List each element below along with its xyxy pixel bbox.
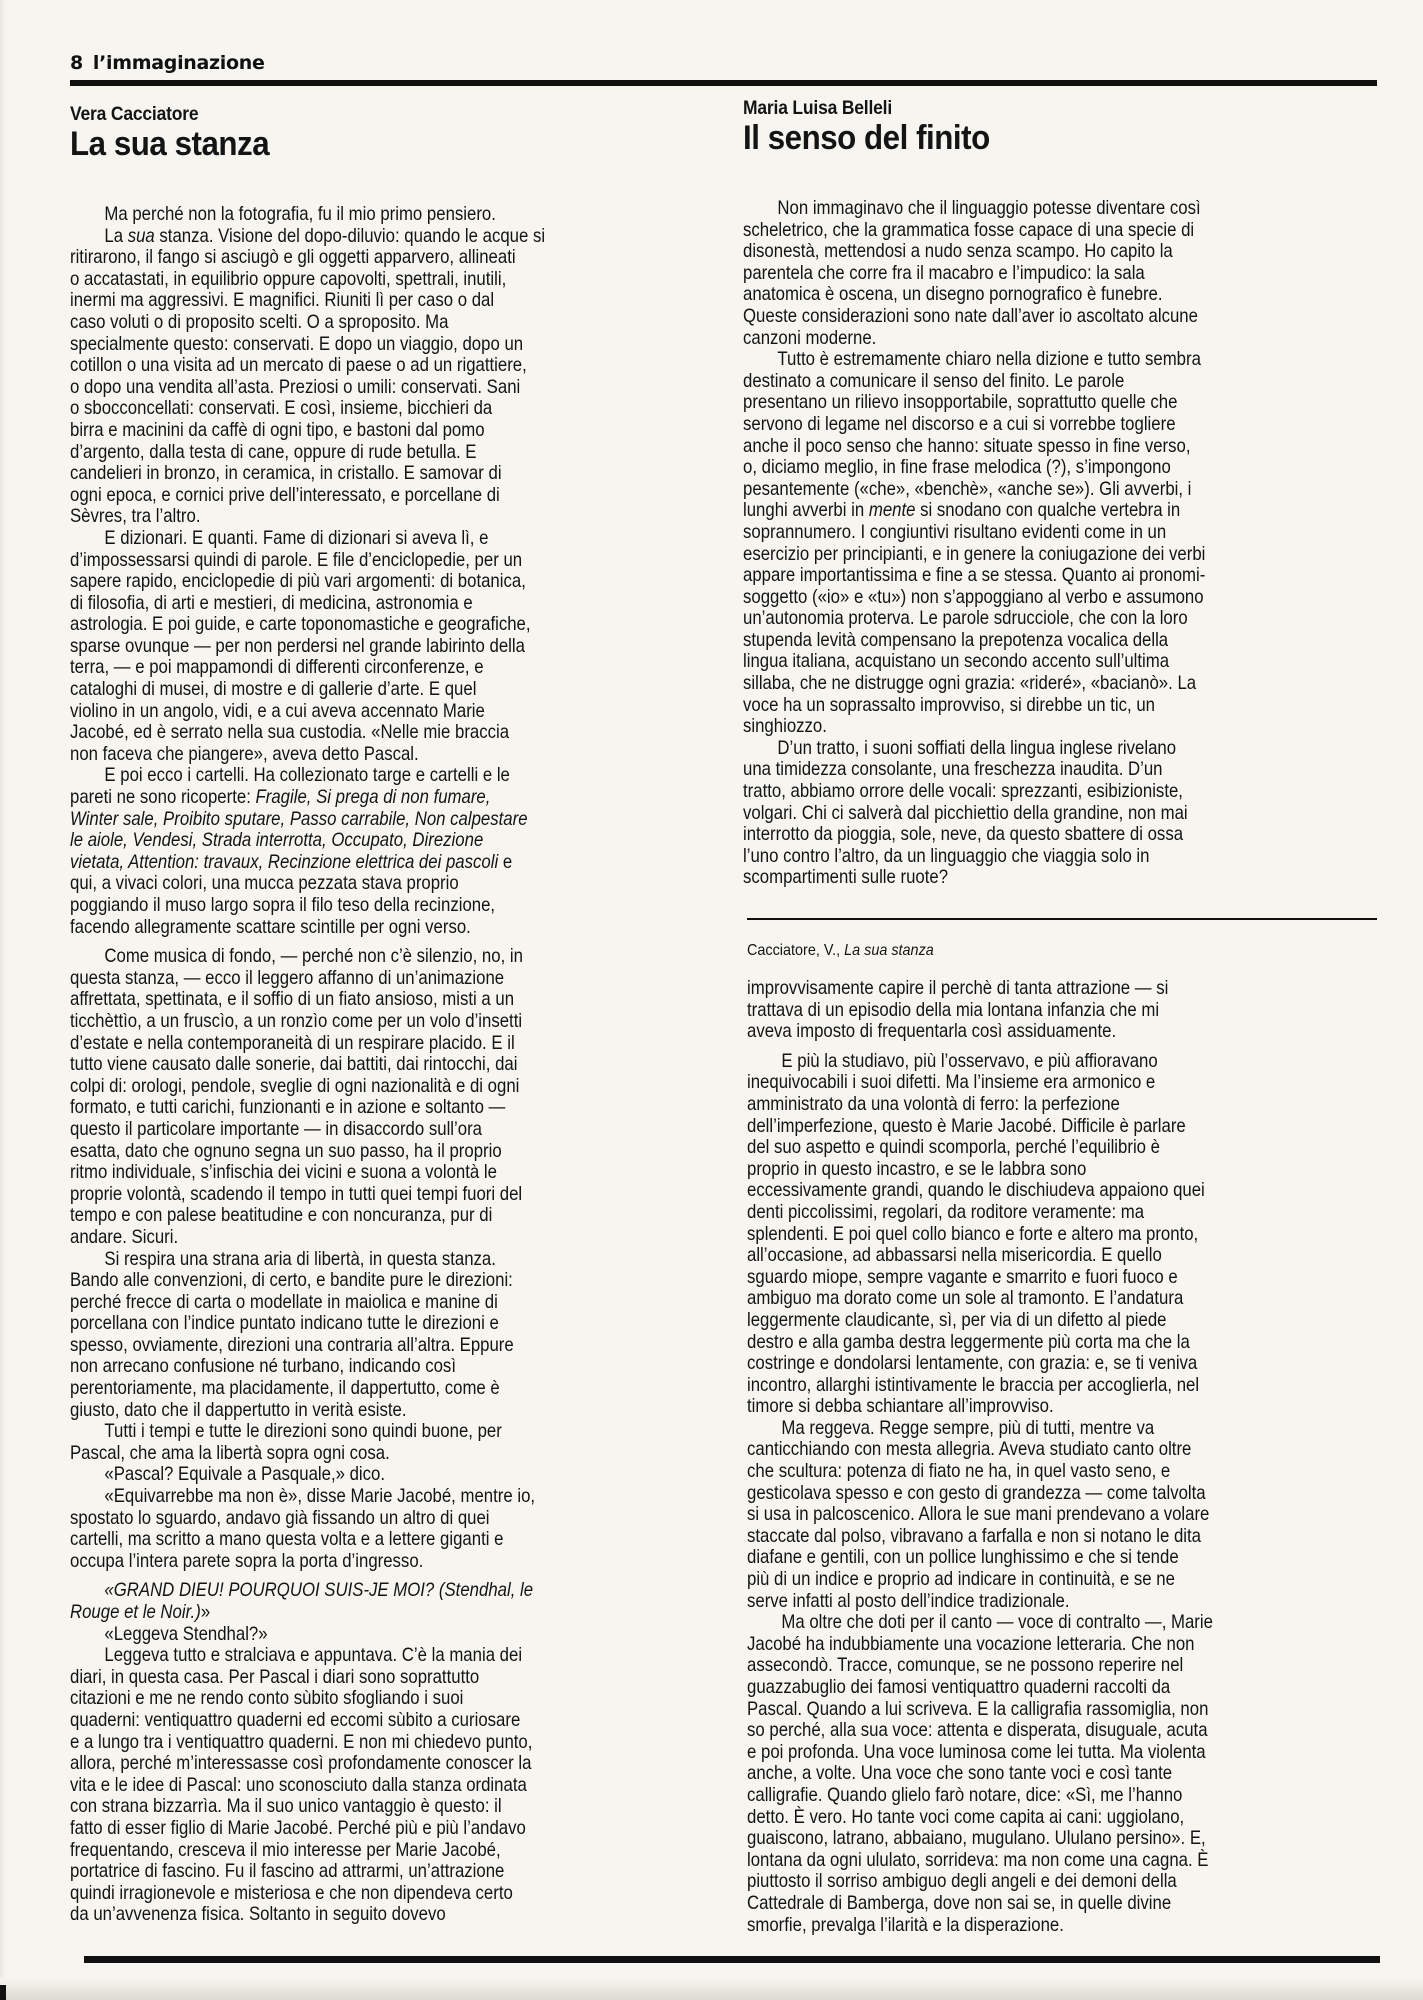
text-line: Pascal. Quando a lui scriveva. E la call… [747, 1699, 1297, 1721]
text-line: specialmente questo: conservati. E dopo … [70, 334, 620, 356]
text-line: una timidezza consolante, una freschezza… [743, 759, 1293, 781]
text-line: gesticolava spesso e con gesto di grande… [747, 1483, 1297, 1505]
text-line: Queste considerazioni sono nate dall’ave… [743, 306, 1293, 328]
text-line: si usa in palcoscenico. Allora le sue ma… [747, 1504, 1297, 1526]
corner-mark [0, 1985, 6, 2000]
text-line: e poi profonda. Una voce luminosa come l… [747, 1742, 1297, 1764]
paragraph: «Leggeva Stendhal?» [70, 1624, 710, 1646]
text-line: Leggeva tutto e stralciava e appuntava. … [70, 1645, 620, 1667]
text-line: occupa l’intera parete sopra la porta d’… [70, 1551, 620, 1573]
text-line: diari, in questa casa. Per Pascal i diar… [70, 1667, 620, 1689]
continuation-body: improvvisamente capire il perchè di tant… [747, 978, 1387, 1936]
text-line: improvvisamente capire il perchè di tant… [747, 978, 1297, 1000]
text-line: stupenda levità compensano la prepotenza… [743, 630, 1293, 652]
text-line: E più la studiavo, più l’osservavo, e pi… [747, 1051, 1297, 1073]
text-line: Jacobé ha indubbiamente una vocazione le… [747, 1634, 1297, 1656]
article-author: Maria Luisa Belleli [743, 98, 1332, 120]
article-right: Maria Luisa Belleli Il senso del finito … [743, 98, 1383, 889]
text-line: ritmo individuale, s’infischia dei vicin… [70, 1162, 620, 1184]
text-line: cotillon o una visita ad un mercato di p… [70, 355, 620, 377]
text-line: sguardo miope, sempre vagante e smarrito… [747, 1267, 1297, 1289]
text-line: smorfie, prevalga l’ilarità e la dispera… [747, 1915, 1297, 1937]
text-line: Bando alle convenzioni, di certo, e band… [70, 1270, 620, 1292]
text-line: sapere rapido, enciclopedie di più vari … [70, 571, 620, 593]
section-title: l’immaginazione [93, 52, 265, 74]
text-line: denti piccolissimi, regolari, da roditor… [747, 1202, 1297, 1224]
text-line: andare. Sicuri. [70, 1227, 620, 1249]
text-line: o accatastati, in equilibrio oppure capo… [70, 269, 620, 291]
text-line: perentoriamente, ma placidamente, il dap… [70, 1378, 620, 1400]
article-title: La sua stanza [70, 126, 659, 162]
text-line: esatta, dato che ognuno segna un suo pas… [70, 1141, 620, 1163]
text-line: Pascal, che ama la libertà sopra ogni co… [70, 1443, 620, 1465]
text-line: astrologia. E poi guide, e carte toponom… [70, 614, 620, 636]
text-line: Tutti i tempi e tutte le direzioni sono … [70, 1421, 620, 1443]
text-line: all’occasione, ad abbassarsi nella miser… [747, 1245, 1297, 1267]
text-line: «Pascal? Equivale a Pasquale,» dico. [70, 1464, 620, 1486]
text-line: canzoni moderne. [743, 328, 1293, 350]
paragraph: Tutto è estremamente chiaro nella dizion… [743, 349, 1383, 738]
text-line: Cattedrale di Bamberga, dove non sai se,… [747, 1893, 1297, 1915]
text-line: e a lungo tra i ventiquattro quaderni. E… [70, 1732, 620, 1754]
text-line: questo il particolare importante — in di… [70, 1119, 620, 1141]
text-line: quindi irragionevole e misteriosa e che … [70, 1883, 620, 1905]
text-line: anche, a volte. Una voce che sono tante … [747, 1763, 1297, 1785]
text-line: anche il poco senso che hanno: situate s… [743, 436, 1293, 458]
paragraph: E più la studiavo, più l’osservavo, e pi… [747, 1051, 1387, 1418]
text-line: piuttosto il sorriso ambiguo degli angel… [747, 1871, 1297, 1893]
text-line: o sbocconcellati: conservati. E così, in… [70, 398, 620, 420]
page-edge [0, 0, 6, 2000]
text-line: qui, a vivaci colori, una mucca pezzata … [70, 873, 620, 895]
footer-rule [84, 1956, 1380, 1963]
text-line: leggermente claudicante, sì, per via di … [747, 1310, 1297, 1332]
text-line: del suo aspetto e quindi scomporla, perc… [747, 1137, 1297, 1159]
article-body: Non immaginavo che il linguaggio potesse… [743, 198, 1383, 889]
continuation-divider [747, 918, 1377, 920]
text-line: calligrafie. Quando glielo farò notare, … [747, 1785, 1297, 1807]
text-line: ticchèttìo, a un fruscìo, a un ronzìo co… [70, 1011, 620, 1033]
text-line: Ma oltre che doti per il canto — voce di… [747, 1612, 1297, 1634]
text-line: disonestà, mettendosi a nudo senza scamp… [743, 241, 1293, 263]
text-line: lontana da ogni ululato, sorrideva: ma n… [747, 1850, 1297, 1872]
text-line: ritirarono, il fango si asciugò e gli og… [70, 247, 620, 269]
text-line: citazioni e me ne rendo conto sùbito sfo… [70, 1688, 620, 1710]
text-line: volgari. Chi ci salverà dal picchiettio … [743, 803, 1293, 825]
text-line: lunghi avverbi in mente si snodano con q… [743, 500, 1293, 522]
text-line: so perché, alla sua voce: attenta e disp… [747, 1720, 1297, 1742]
text-line: d’argento, dalla testa di cane, oppure d… [70, 442, 620, 464]
text-line: detto. È vero. Ho tante voci come capita… [747, 1807, 1297, 1829]
text-line: guazzabuglio dei famosi ventiquattro qua… [747, 1677, 1297, 1699]
text-line: poggiando il muso largo sopra il filo te… [70, 895, 620, 917]
paragraph: La sua stanza. Visione del dopo-diluvio:… [70, 226, 710, 528]
text-line: lingua italiana, acquistano un secondo a… [743, 651, 1293, 673]
text-line: tempo e con palese beatitudine e con non… [70, 1205, 620, 1227]
text-line: Non immaginavo che il linguaggio potesse… [743, 198, 1293, 220]
paragraph: improvvisamente capire il perchè di tant… [747, 978, 1387, 1043]
text-line: trattava di un episodio della mia lontan… [747, 1000, 1297, 1022]
text-line: staccate dal polso, vibravano a farfalla… [747, 1526, 1297, 1548]
paragraph: Ma oltre che doti per il canto — voce di… [747, 1612, 1387, 1936]
text-line: proprie volontà, scadendo il tempo in tu… [70, 1184, 620, 1206]
paragraph: Non immaginavo che il linguaggio potesse… [743, 198, 1383, 349]
article-author: Vera Cacciatore [70, 104, 659, 126]
text-line: proprio in questo incastro, e se le labb… [747, 1159, 1297, 1181]
text-line: vita e le idee di Pascal: uno sconosciut… [70, 1775, 620, 1797]
text-line: eccessivamente grandi, quando le dischiu… [747, 1180, 1297, 1202]
paragraph: E dizionari. E quanti. Fame di dizionari… [70, 528, 710, 766]
text-line: ogni epoca, e cornici prive dell’interes… [70, 485, 620, 507]
text-line: Jacobé, ed è serrato nella sua custodia.… [70, 722, 620, 744]
paragraph: «GRAND DIEU! POURQUOI SUIS-JE MOI? (Sten… [70, 1580, 710, 1623]
text-line: aveva imposto di frequentarla così assid… [747, 1021, 1297, 1043]
text-line: parentela che corre fra il macabro e l’i… [743, 263, 1293, 285]
caption-title: La sua stanza [844, 942, 934, 959]
article-title: Il senso del finito [743, 120, 1332, 156]
text-line: scheletrico, che la grammatica fosse cap… [743, 220, 1293, 242]
text-line: fatto di esser figlio di Marie Jacobé. P… [70, 1818, 620, 1840]
text-line: servono di legame nel discorso e a cui s… [743, 414, 1293, 436]
text-line: allora, perché m’interessasse così profo… [70, 1753, 620, 1775]
paragraph: Ma reggeva. Regge sempre, più di tutti, … [747, 1418, 1387, 1612]
text-line: formato, e tutti carichi, funzionanti e … [70, 1097, 620, 1119]
text-line: «Equivarrebbe ma non è», disse Marie Jac… [70, 1486, 620, 1508]
paragraph: Tutti i tempi e tutte le direzioni sono … [70, 1421, 710, 1464]
page-bottom-edge [0, 1978, 1423, 2000]
text-line: tutto viene causato dalle sonerie, dai b… [70, 1054, 620, 1076]
text-line: più di un indice e proprio ad indicare i… [747, 1569, 1297, 1591]
text-line: splendenti. E poi quel collo bianco e fo… [747, 1224, 1297, 1246]
text-line: Sèvres, tra l’altro. [70, 506, 620, 528]
article-body: Ma perché non la fotografia, fu il mio p… [70, 204, 710, 1926]
text-line: Come musica di fondo, — perché non c’è s… [70, 946, 620, 968]
text-line: E dizionari. E quanti. Fame di dizionari… [70, 528, 620, 550]
text-line: vietata, Attention: travaux, Recinzione … [70, 852, 620, 874]
text-line: voce ha un soprassalto improvviso, si di… [743, 695, 1293, 717]
text-line: l’uno contro l’altro, da un linguaggio c… [743, 846, 1293, 868]
text-line: Si respira una strana aria di libertà, i… [70, 1249, 620, 1271]
text-line: che scultura: potenza di fiato ne ha, in… [747, 1461, 1297, 1483]
text-line: frequentando, cresceva il mio interesse … [70, 1840, 620, 1862]
text-line: Ma reggeva. Regge sempre, più di tutti, … [747, 1418, 1297, 1440]
paragraph: «Pascal? Equivale a Pasquale,» dico. [70, 1464, 710, 1486]
text-line: cartelli, ma scritto a mano questa volta… [70, 1529, 620, 1551]
text-line: pareti ne sono ricoperte: Fragile, Si pr… [70, 787, 620, 809]
text-line: violino in un angolo, vidi, e a cui avev… [70, 701, 620, 723]
text-line: destro e alla gamba destra leggermente p… [747, 1332, 1297, 1354]
text-line: o, diciamo meglio, in fine frase melodic… [743, 457, 1293, 479]
text-line: birra e macinini da caffè di ogni tipo, … [70, 420, 620, 442]
text-line: assecondò. Tracce, comunque, se ne posso… [747, 1655, 1297, 1677]
text-line: colpi di: orologi, pendole, sveglie di o… [70, 1076, 620, 1098]
paragraph: Si respira una strana aria di libertà, i… [70, 1249, 710, 1422]
article-left: Vera Cacciatore La sua stanza Ma perché … [70, 104, 710, 1926]
text-line: giusto, dato che il dappertutto in verit… [70, 1400, 620, 1422]
text-line: Tutto è estremamente chiaro nella dizion… [743, 349, 1293, 371]
text-line: scompartimenti sulle ruote? [743, 867, 1293, 889]
text-line: da un’avvenenza fisica. Soltanto in segu… [70, 1904, 620, 1926]
paragraph: Come musica di fondo, — perché non c’è s… [70, 946, 710, 1248]
text-line: Rouge et le Noir.)» [70, 1602, 620, 1624]
text-line: E poi ecco i cartelli. Ha collezionato t… [70, 765, 620, 787]
text-line: inermi ma aggressivi. E magnifici. Riuni… [70, 290, 620, 312]
text-line: spostato lo sguardo, andavo già fissando… [70, 1508, 620, 1530]
paragraph: Leggeva tutto e stralciava e appuntava. … [70, 1645, 710, 1926]
text-line: D’un tratto, i suoni soffiati della ling… [743, 738, 1293, 760]
text-line: diafane e gentili, con un pollice lunghi… [747, 1547, 1297, 1569]
text-line: appare importantissima e fine a se stess… [743, 565, 1293, 587]
header-rule [70, 80, 1377, 86]
text-line: destinato a comunicare il senso del fini… [743, 371, 1293, 393]
text-line: porcellana con l’indice puntato indicano… [70, 1313, 620, 1335]
paragraph: Ma perché non la fotografia, fu il mio p… [70, 204, 710, 226]
text-line: «GRAND DIEU! POURQUOI SUIS-JE MOI? (Sten… [70, 1580, 620, 1602]
text-line: non arrecano confusione né turbano, indi… [70, 1356, 620, 1378]
caption-author: Cacciatore, V., [747, 942, 844, 959]
text-line: amministrato da una volontà di ferro: la… [747, 1094, 1297, 1116]
text-line: o dopo una vendita all’asta. Preziosi o … [70, 377, 620, 399]
text-line: spesso, ovviamente, direzioni una contra… [70, 1335, 620, 1357]
text-line: presentano un rilievo insopportabile, so… [743, 392, 1293, 414]
text-line: un’autonomia proterva. Le parole sdrucci… [743, 608, 1293, 630]
text-line: tratto, abbiamo orrore delle vocali: spr… [743, 781, 1293, 803]
text-line: quaderni: ventiquattro quaderni ed eccom… [70, 1710, 620, 1732]
text-line: «Leggeva Stendhal?» [70, 1624, 620, 1646]
text-line: candelieri in bronzo, in ceramica, in cr… [70, 463, 620, 485]
text-line: anatomica è oscena, un disegno pornograf… [743, 284, 1293, 306]
text-line: sillaba, che ne distrugge ogni grazia: «… [743, 673, 1293, 695]
page-number: 8 [70, 52, 83, 74]
text-line: terra, — e poi mappamondi di differenti … [70, 657, 620, 679]
text-line: non faceva che piangere», aveva detto Pa… [70, 744, 620, 766]
text-line: interrotto da pioggia, sole, neve, da qu… [743, 824, 1293, 846]
text-line: inequivocabili i suoi difetti. Ma l’insi… [747, 1072, 1297, 1094]
text-line: serve infatti al posto dell’indice tradi… [747, 1591, 1297, 1613]
text-line: soprannumero. I congiuntivi risultano ev… [743, 522, 1293, 544]
text-line: esercizio per principianti, e in genere … [743, 544, 1293, 566]
text-line: facendo allegramente scattare scintille … [70, 917, 620, 939]
text-line: incontro, allarghi istintivamente le bra… [747, 1375, 1297, 1397]
text-line: di filosofia, di arti e mestieri, di med… [70, 593, 620, 615]
text-line: affrettata, spettinata, e il soffio di u… [70, 989, 620, 1011]
text-line: costringe e dondolarsi lentamente, con g… [747, 1353, 1297, 1375]
text-line: questa stanza, — ecco il leggero affanno… [70, 968, 620, 990]
text-line: d’impossessarsi quindi di parole. E file… [70, 550, 620, 572]
text-line: timore si debba schiantare all’improvvis… [747, 1396, 1297, 1418]
text-line: canticchiando con mesta allegria. Aveva … [747, 1439, 1297, 1461]
text-line: ambiguo ma dorato come un sole al tramon… [747, 1288, 1297, 1310]
text-line: dell’imperfezione, questo è Marie Jacobé… [747, 1116, 1297, 1138]
text-line: con strana bizzarrìa. Ma il suo unico va… [70, 1796, 620, 1818]
text-line: sparse ovunque — per non perdersi nel gr… [70, 636, 620, 658]
text-line: perché frecce di carta o modellate in ma… [70, 1292, 620, 1314]
text-line: soggetto («io» e «tu») non s’appoggiano … [743, 587, 1293, 609]
paragraph: D’un tratto, i suoni soffiati della ling… [743, 738, 1383, 889]
text-line: portatrice di fascino. Fu il fascino ad … [70, 1861, 620, 1883]
running-head: 8l’immaginazione [70, 52, 265, 74]
text-line: singhiozzo. [743, 716, 1293, 738]
text-line: guaiscono, latrano, abbaiano, mugulano. … [747, 1828, 1297, 1850]
text-line: caso voluti o di proposito scelti. O a s… [70, 312, 620, 334]
text-line: d’estate e nella contemporaneità di un r… [70, 1033, 620, 1055]
text-line: pesantemente («che», «benchè», «anche se… [743, 479, 1293, 501]
continuation-caption: Cacciatore, V., La sua stanza [747, 942, 934, 960]
text-line: cataloghi di musei, di mostre e di galle… [70, 679, 620, 701]
text-line: La sua stanza. Visione del dopo-diluvio:… [70, 226, 620, 248]
text-line: Ma perché non la fotografia, fu il mio p… [70, 204, 620, 226]
text-line: Winter sale, Proibito sputare, Passo car… [70, 809, 620, 831]
text-line: le aiole, Vendesi, Strada interrotta, Oc… [70, 830, 620, 852]
paragraph: E poi ecco i cartelli. Ha collezionato t… [70, 765, 710, 938]
paragraph: «Equivarrebbe ma non è», disse Marie Jac… [70, 1486, 710, 1572]
